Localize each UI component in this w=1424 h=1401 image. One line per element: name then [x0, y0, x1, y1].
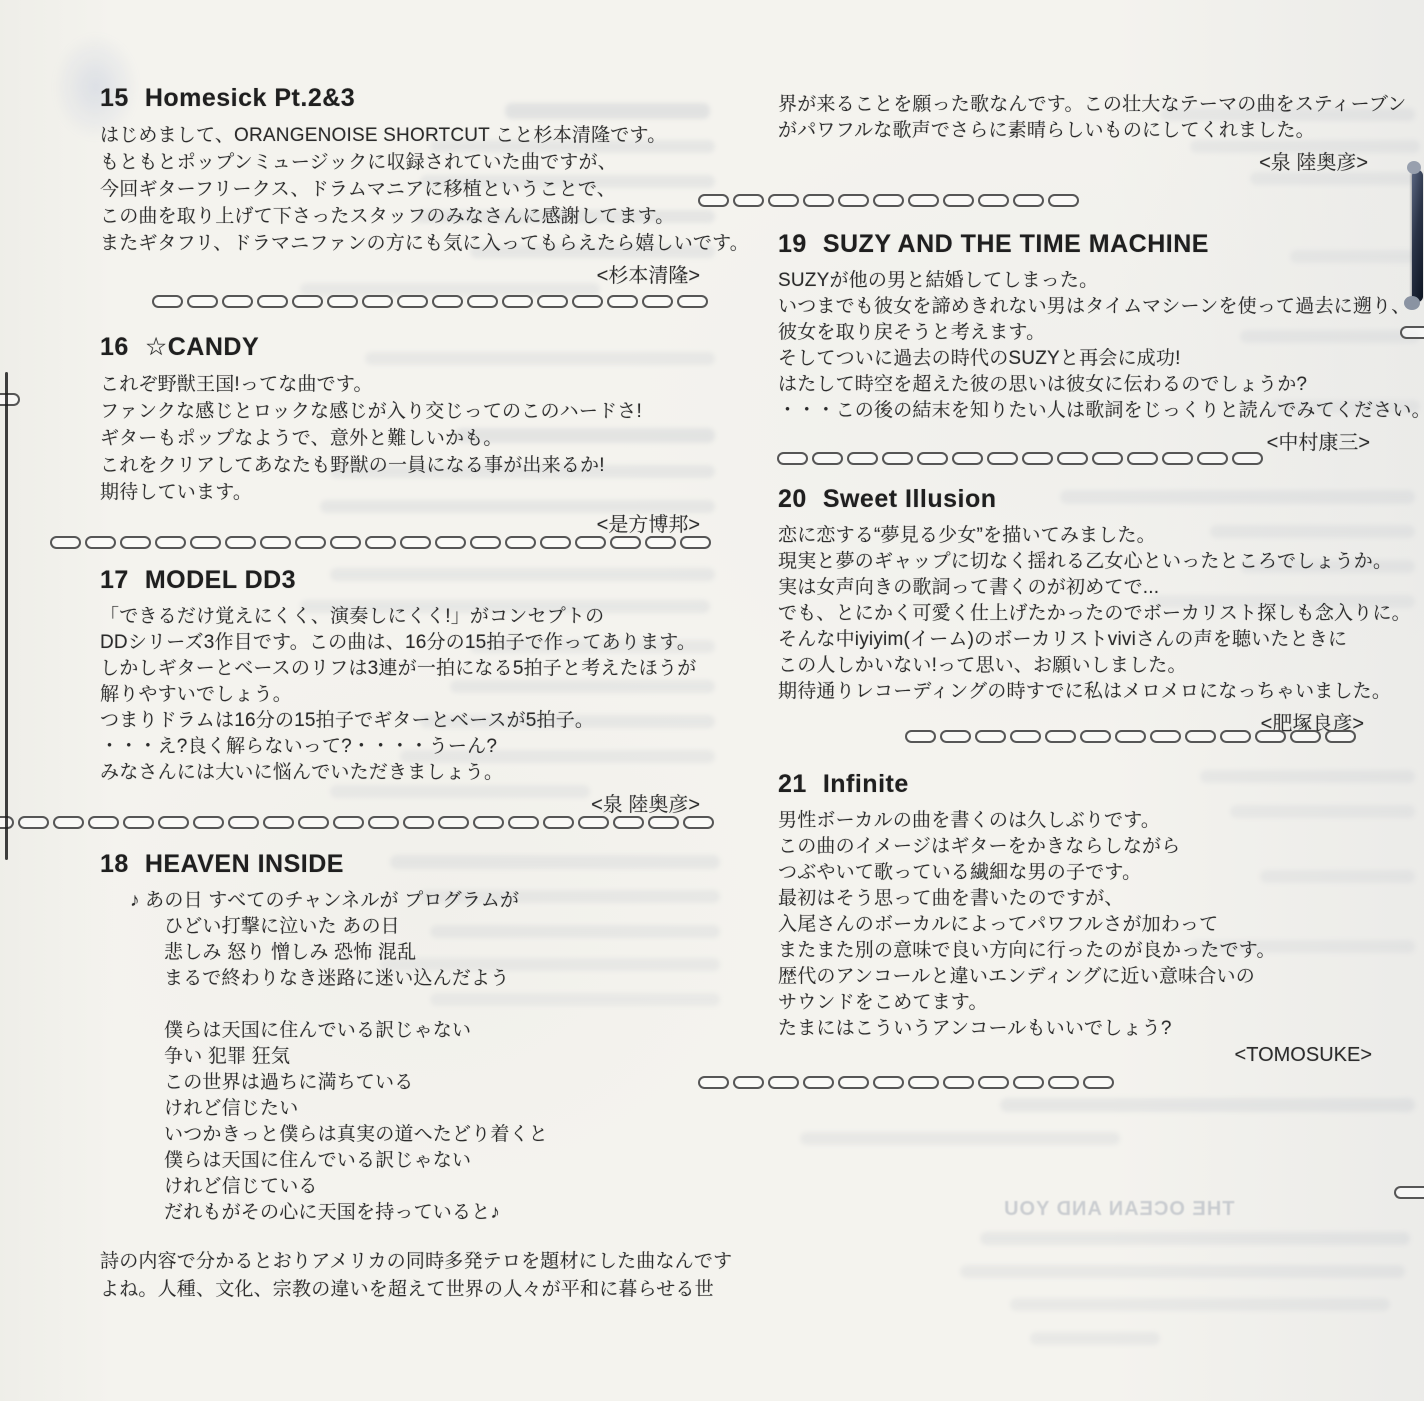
verse-gap: [100, 992, 716, 1018]
section-divider: [50, 536, 715, 554]
divider-capsule: [645, 536, 676, 549]
track-title: Infinite: [823, 770, 909, 798]
divider-capsule: [1080, 730, 1111, 743]
section-divider: [0, 816, 718, 834]
track-section-19: 19SUZY AND THE TIME MACHINE SUZYが他の男と結婚し…: [778, 230, 1398, 455]
comment-line: SUZYが他の男と結婚してしまった。: [778, 268, 1398, 294]
comment-line: この曲を取り上げて下さったスタッフのみなさんに感謝してます。: [100, 203, 716, 230]
divider-capsule: [882, 452, 913, 465]
divider-capsule: [473, 816, 504, 829]
track-number: 19: [778, 230, 807, 258]
divider-capsule: [330, 536, 361, 549]
divider-capsule: [733, 194, 764, 207]
lyric-line: ♪ あの日 すべてのチャンネルが プログラムが: [130, 888, 716, 914]
divider-capsule: [572, 295, 603, 308]
track-number: 21: [778, 770, 807, 798]
signature: <泉 陸奥彦>: [778, 146, 1398, 175]
track-section-21: 21Infinite 男性ボーカルの曲を書くのは久しぶりです。 この曲のイメージ…: [778, 770, 1398, 1067]
track-17-heading: 17MODEL DD3: [100, 566, 716, 595]
divider-capsule: [292, 295, 323, 308]
divider-capsule: [680, 536, 711, 549]
divider-capsule: [642, 295, 673, 308]
divider-capsule: [158, 816, 189, 829]
comment-line: この人しかいない!って思い、お願いしました。: [778, 653, 1398, 679]
comment-line: 実は女声向きの歌詞って書くのが初めてで...: [778, 575, 1398, 601]
staple-end: [1407, 161, 1421, 174]
divider-capsule: [368, 816, 399, 829]
track-section-18: 18HEAVEN INSIDE ♪ あの日 すべてのチャンネルが プログラムが …: [100, 850, 716, 1304]
track-number: 20: [778, 485, 807, 513]
divider-capsule: [1022, 452, 1053, 465]
comment-line: そんな中iyiyim(イーム)のボーカリストviviさんの声を聴いたときに: [778, 627, 1398, 653]
divider-capsule: [698, 1076, 729, 1089]
divider-capsule: [543, 816, 574, 829]
divider-capsule: [1185, 730, 1216, 743]
divider-capsule: [505, 536, 536, 549]
divider-capsule: [508, 816, 539, 829]
section-divider: [777, 452, 1267, 470]
section-divider: [698, 194, 1083, 212]
lyric-line: 僕らは天国に住んでいる訳じゃない: [164, 1148, 716, 1174]
track-title: SUZY AND THE TIME MACHINE: [823, 230, 1209, 258]
divider-capsule: [613, 816, 644, 829]
lyric-line: けれど信じたい: [164, 1096, 716, 1122]
comment-line: 界が来ることを願った歌なんです。この壮大なテーマの曲をスティーブン: [778, 92, 1398, 118]
divider-capsule: [803, 194, 834, 207]
divider-capsule: [1083, 1076, 1114, 1089]
track-title: HEAVEN INSIDE: [145, 850, 344, 878]
track-title: ☆CANDY: [145, 333, 259, 361]
divider-capsule: [85, 536, 116, 549]
continuation-section: 界が来ることを願った歌なんです。この壮大なテーマの曲をスティーブン がパワフルな…: [778, 92, 1398, 175]
divider-capsule: [838, 194, 869, 207]
divider-capsule: [1127, 452, 1158, 465]
divider-capsule: [295, 536, 326, 549]
track-title: MODEL DD3: [145, 566, 296, 594]
divider-capsule: [952, 452, 983, 465]
lyric-line: いつかきっと僕らは真実の道へたどり着くと: [164, 1122, 716, 1148]
divider-capsule: [943, 1076, 974, 1089]
divider-capsule: [1013, 1076, 1044, 1089]
comment-line: みなさんには大いに悩んでいただきましょう。: [100, 760, 716, 786]
divider-capsule: [768, 194, 799, 207]
divider-capsule: [940, 730, 971, 743]
bleedthrough-line: [1010, 1298, 1390, 1311]
divider-capsule: [873, 194, 904, 207]
divider-fragment: [1394, 1186, 1424, 1199]
divider-capsule: [190, 536, 221, 549]
signature: <泉 陸奥彦>: [100, 788, 716, 817]
divider-capsule: [943, 194, 974, 207]
divider-capsule: [155, 536, 186, 549]
divider-capsule: [578, 816, 609, 829]
divider-capsule: [683, 816, 714, 829]
track-15-heading: 15Homesick Pt.2&3: [100, 84, 716, 113]
divider-capsule: [537, 295, 568, 308]
section-divider: [698, 1076, 1118, 1094]
comment-line: 最初はそう思って曲を書いたのですが、: [778, 886, 1398, 912]
track-20-heading: 20Sweet Illusion: [778, 485, 1398, 514]
comment-line: ・・・この後の結末を知りたい人は歌詞をじっくりと読んでみてください。: [778, 398, 1398, 424]
comment-line: 今回ギターフリークス、ドラムマニアに移植ということで、: [100, 176, 716, 203]
comment-line: しかしギターとベースのリフは3連が一拍になる5拍子と考えたほうが: [100, 656, 716, 682]
divider-capsule: [777, 452, 808, 465]
divider-capsule: [1013, 194, 1044, 207]
divider-capsule: [698, 194, 729, 207]
divider-capsule: [978, 1076, 1009, 1089]
section-divider: [905, 730, 1360, 748]
divider-capsule: [1045, 730, 1076, 743]
divider-capsule: [432, 295, 463, 308]
page-edge-shadow: [5, 372, 8, 860]
divider-capsule: [1197, 452, 1228, 465]
comment-line: 詩の内容で分かるとおりアメリカの同時多発テロを題材にした曲なんです: [100, 1248, 716, 1276]
comment-line: 現実と夢のギャップに切なく揺れる乙女心といったところでしょうか。: [778, 549, 1398, 575]
divider-capsule: [1232, 452, 1263, 465]
signature: <是方博邦>: [100, 508, 716, 537]
divider-capsule: [803, 1076, 834, 1089]
track-title: Homesick Pt.2&3: [145, 84, 355, 112]
divider-capsule: [225, 536, 256, 549]
comment-line: 「できるだけ覚えにくく、演奏しにくく!」がコンセプトの: [100, 604, 716, 630]
divider-capsule: [120, 536, 151, 549]
lyric-line: ひどい打撃に泣いた あの日: [164, 914, 716, 940]
divider-capsule: [908, 1076, 939, 1089]
divider-capsule: [467, 295, 498, 308]
divider-capsule: [1150, 730, 1181, 743]
comment-line: 彼女を取り戻そうと考えます。: [778, 320, 1398, 346]
divider-capsule: [53, 816, 84, 829]
comment-line: この曲のイメージはギターをかきならしながら: [778, 834, 1398, 860]
divider-capsule: [123, 816, 154, 829]
track-number: 18: [100, 850, 129, 878]
divider-capsule: [1010, 730, 1041, 743]
comment-line: はたして時空を超えた彼の思いは彼女に伝わるのでしょうか?: [778, 372, 1398, 398]
divider-capsule: [228, 816, 259, 829]
bleedthrough-line: [1030, 1332, 1160, 1345]
lyric-line: この世界は過ちに満ちている: [164, 1070, 716, 1096]
divider-capsule: [1092, 452, 1123, 465]
divider-fragment: [0, 393, 20, 406]
divider-capsule: [838, 1076, 869, 1089]
lyric-line: 僕らは天国に住んでいる訳じゃない: [164, 1018, 716, 1044]
divider-capsule: [1162, 452, 1193, 465]
track-number: 16: [100, 333, 129, 361]
divider-capsule: [1048, 1076, 1079, 1089]
divider-capsule: [847, 452, 878, 465]
divider-capsule: [733, 1076, 764, 1089]
divider-capsule: [812, 452, 843, 465]
track-21-heading: 21Infinite: [778, 770, 1398, 799]
divider-capsule: [987, 452, 1018, 465]
comment-line: たまにはこういうアンコールもいいでしょう?: [778, 1016, 1398, 1042]
divider-capsule: [400, 536, 431, 549]
divider-capsule: [260, 536, 291, 549]
comment-line: がパワフルな歌声でさらに素晴らしいものにしてくれました。: [778, 118, 1398, 144]
divider-fragment: [1400, 326, 1424, 339]
comment-line: これをクリアしてあなたも野獣の一員になる事が出来るか!: [100, 452, 716, 479]
track-section-15: 15Homesick Pt.2&3 はじめまして、ORANGENOISE SHO…: [100, 84, 716, 288]
divider-capsule: [502, 295, 533, 308]
comment-line: ギターもポップなようで、意外と難しいかも。: [100, 425, 716, 452]
track-18-heading: 18HEAVEN INSIDE: [100, 850, 716, 879]
booklet-staple: [1412, 170, 1423, 302]
divider-capsule: [768, 1076, 799, 1089]
comment-line: はじめまして、ORANGENOISE SHORTCUT こと杉本清隆です。: [100, 122, 716, 149]
booklet-page: THE OCEAN AND YOU 15Homesick Pt.2&3 はじめま…: [0, 0, 1424, 1401]
divider-capsule: [1255, 730, 1286, 743]
comment-line: よね。人種、文化、宗教の違いを超えて世界の人々が平和に暮らせる世: [100, 1276, 716, 1304]
divider-capsule: [648, 816, 679, 829]
section-divider: [152, 295, 712, 313]
comment-line: 恋に恋する“夢見る少女”を描いてみました。: [778, 523, 1398, 549]
divider-capsule: [1290, 730, 1321, 743]
divider-capsule: [193, 816, 224, 829]
divider-capsule: [905, 730, 936, 743]
divider-capsule: [88, 816, 119, 829]
comment-line: つぶやいて歌っている繊細な男の子です。: [778, 860, 1398, 886]
divider-capsule: [610, 536, 641, 549]
comment-line: 男性ボーカルの曲を書くのは久しぶりです。: [778, 808, 1398, 834]
track-section-20: 20Sweet Illusion 恋に恋する“夢見る少女”を描いてみました。 現…: [778, 485, 1398, 736]
divider-capsule: [575, 536, 606, 549]
staple-end: [1404, 296, 1420, 310]
divider-capsule: [18, 816, 49, 829]
divider-capsule: [873, 1076, 904, 1089]
divider-capsule: [917, 452, 948, 465]
comment-line: DDシリーズ3作目です。この曲は、16分の15拍子で作ってあります。: [100, 630, 716, 656]
track-16-heading: 16☆CANDY: [100, 332, 716, 362]
bleedthrough-line: [980, 1232, 1410, 1245]
comment-line: でも、とにかく可愛く仕上げたかったのでボーカリスト探しも念入りに。: [778, 601, 1398, 627]
bleedthrough-line: [1000, 1098, 1415, 1112]
divider-capsule: [978, 194, 1009, 207]
comment-line: 期待しています。: [100, 479, 716, 506]
comment-line: ・・・え?良く解らないって?・・・・うーん?: [100, 734, 716, 760]
comment-line: 解りやすいでしょう。: [100, 682, 716, 708]
comment-line: 入尾さんのボーカルによってパワフルさが加わって: [778, 912, 1398, 938]
divider-capsule: [403, 816, 434, 829]
bleedthrough-mirrored-title: THE OCEAN AND YOU: [1003, 1198, 1234, 1221]
bleedthrough-line: [800, 1132, 1120, 1145]
divider-capsule: [298, 816, 329, 829]
lyric-line: 争い 犯罪 狂気: [164, 1044, 716, 1070]
lyric-line: けれど信じている: [164, 1174, 716, 1200]
comment-line: そしてついに過去の時代のSUZYと再会に成功!: [778, 346, 1398, 372]
divider-capsule: [187, 295, 218, 308]
lyric-line: だれもがその心に天国を持っていると♪: [164, 1200, 716, 1226]
verse-gap: [100, 1226, 716, 1248]
bleedthrough-line: [960, 1265, 1405, 1278]
divider-capsule: [470, 536, 501, 549]
divider-capsule: [1115, 730, 1146, 743]
divider-capsule: [333, 816, 364, 829]
divider-capsule: [540, 536, 571, 549]
divider-capsule: [1220, 730, 1251, 743]
divider-capsule: [257, 295, 288, 308]
divider-capsule: [327, 295, 358, 308]
divider-capsule: [152, 295, 183, 308]
divider-capsule: [607, 295, 638, 308]
track-number: 17: [100, 566, 129, 594]
lyric-line: 悲しみ 怒り 憎しみ 恐怖 混乱: [164, 940, 716, 966]
signature: <中村康三>: [778, 426, 1398, 455]
signature: <TOMOSUKE>: [778, 1044, 1398, 1067]
divider-capsule: [362, 295, 393, 308]
signature: <杉本清隆>: [100, 259, 716, 288]
comment-line: いつまでも彼女を諦めきれない男はタイムマシーンを使って過去に遡り、: [778, 294, 1398, 320]
divider-capsule: [365, 536, 396, 549]
divider-capsule: [1057, 452, 1088, 465]
divider-capsule: [397, 295, 428, 308]
divider-capsule: [677, 295, 708, 308]
comment-line: サウンドをこめてます。: [778, 990, 1398, 1016]
divider-capsule: [263, 816, 294, 829]
comment-line: ファンクな感じとロックな感じが入り交じってのこのハードさ!: [100, 398, 716, 425]
track-section-16: 16☆CANDY これぞ野獣王国!ってな曲です。 ファンクな感じとロックな感じが…: [100, 332, 716, 537]
comment-line: またギタフリ、ドラマニファンの方にも気に入ってもらえたら嬉しいです。: [100, 230, 716, 257]
track-number: 15: [100, 84, 129, 112]
comment-line: これぞ野獣王国!ってな曲です。: [100, 371, 716, 398]
divider-capsule: [1325, 730, 1356, 743]
divider-capsule: [50, 536, 81, 549]
divider-capsule: [1048, 194, 1079, 207]
track-section-17: 17MODEL DD3 「できるだけ覚えにくく、演奏しにくく!」がコンセプトの …: [100, 566, 716, 817]
comment-line: つまりドラムは16分の15拍子でギターとベースが5拍子。: [100, 708, 716, 734]
comment-line: またまた別の意味で良い方向に行ったのが良かったです。: [778, 938, 1398, 964]
track-19-heading: 19SUZY AND THE TIME MACHINE: [778, 230, 1398, 259]
divider-capsule: [438, 816, 469, 829]
lyric-line: まるで終わりなき迷路に迷い込んだよう: [164, 966, 716, 992]
divider-capsule: [222, 295, 253, 308]
comment-line: もともとポップンミュージックに収録されていた曲ですが、: [100, 149, 716, 176]
track-title: Sweet Illusion: [823, 485, 997, 513]
divider-capsule: [435, 536, 466, 549]
divider-capsule: [975, 730, 1006, 743]
divider-capsule: [908, 194, 939, 207]
comment-line: 期待通りレコーディングの時すでに私はメロメロになっちゃいました。: [778, 679, 1398, 705]
comment-line: 歴代のアンコールと違いエンディングに近い意味合いの: [778, 964, 1398, 990]
